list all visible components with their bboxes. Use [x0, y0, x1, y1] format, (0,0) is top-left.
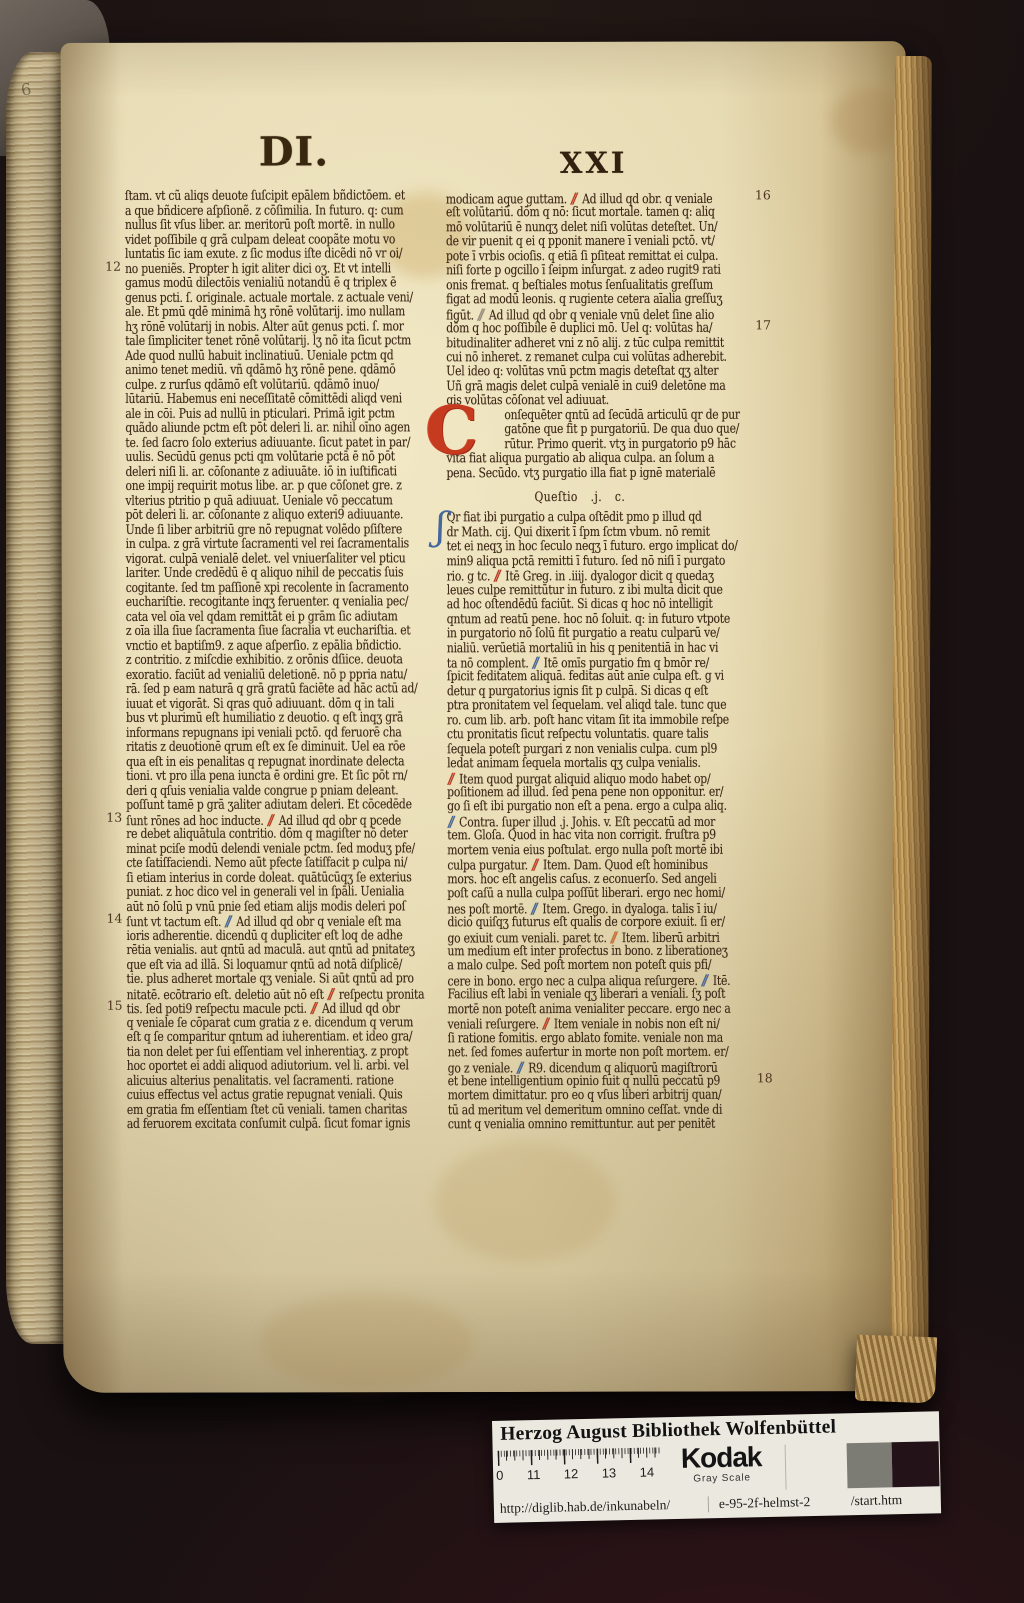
book-page: DI. XXI ſtam. vt cũ aliqs deuote ſuſcipi…	[61, 41, 909, 1393]
start-page: /start.htm	[851, 1492, 903, 1509]
text-line: z oīa illa ſiue ſacramenta ſiue ſacralia…	[126, 622, 411, 638]
gray-scale-label: Gray Scale	[693, 1472, 751, 1484]
page-heading-left: DI.	[259, 128, 329, 175]
questio-paragraph-mark: ʃ	[436, 504, 446, 548]
text-line: vitā fiat aliqua purgatio ab aliqua culp…	[446, 450, 714, 466]
text-line: ale. Et pmū qdē minimā hʒ rōnē volūtarij…	[125, 303, 405, 319]
photo-background: 6 DI. XXI ſtam. vt cũ aliqs deuote ſuſci…	[0, 0, 1024, 1603]
illuminated-initial: C	[425, 400, 478, 460]
text-line: rētia venialis. aut qntū ad maculā. aut …	[126, 941, 414, 957]
margin-number: 15	[97, 998, 123, 1013]
margin-number: 14	[96, 911, 122, 926]
left-page-edges	[6, 52, 66, 1344]
text-line: puniat. z hoc dico vel in generali vel i…	[126, 883, 404, 899]
text-line: lariter. Unde credēdū ē q aliquo nihil d…	[126, 564, 404, 580]
ruler-number: 13	[602, 1465, 617, 1480]
text-column-right: modicam aque guttam. ∕∕ Ad illud qd obr.…	[446, 189, 770, 1142]
text-line: net. ſed fomes aufertur in morte non poſ…	[448, 1044, 729, 1060]
text-line: dōm q hoc poſſibile ē duplici mō. Uel q:…	[446, 320, 712, 336]
text-line: eſt q ſe comparitur qntum ad iuherentiam…	[127, 1028, 413, 1044]
text-line: cuius effectus vel actus gratie repugnat…	[127, 1086, 403, 1102]
text-line: rā. ſed p eam naturā q grā gratū faciēte…	[126, 680, 418, 696]
text-line: lūtariū. Habemus eni neceſſitatē cōmittē…	[125, 390, 402, 406]
ruler-number: 0	[496, 1468, 504, 1483]
text-line: re debet aliquātula contritio. dōm q mag…	[126, 825, 407, 841]
text-line: hoc oportet ei addi aliquod adiutorium. …	[127, 1057, 409, 1073]
gray-patch	[847, 1442, 893, 1488]
text-line: euchariſtie. recogitante inqʒ feruenter.…	[126, 593, 409, 609]
text-line: z contritio. z miſcdie exhibitio. z orōn…	[126, 651, 403, 667]
text-line: in purgatorio nō ſolū fit purgatio a rea…	[447, 625, 720, 641]
kodak-logo: Kodak	[681, 1441, 762, 1475]
text-line: cunt q venialia omnino remittuntur. aut …	[448, 1116, 715, 1132]
kodak-reference-card: Herzog August Bibliothek Wolfenbüttel 01…	[492, 1411, 941, 1523]
text-column-left: ſtam. vt cũ aliqs deuote ſuſcipit epālem…	[125, 187, 451, 1140]
text-line: one impij requirit motus libe. ar. p que…	[125, 477, 401, 493]
text-line: Queſtio .j. c.	[447, 489, 626, 505]
text-line: gamus modū dilectōis venialiū notandū ē …	[125, 274, 396, 290]
ruler-number: 12	[564, 1466, 579, 1481]
text-line: dicio quiſqʒ futurus eſt qualis de corpo…	[447, 914, 724, 930]
ruler-number: 11	[527, 1467, 541, 1482]
page-heading-right: XXI	[560, 146, 628, 180]
text-line: animo tenet mediū. vñ qdāmō hʒ rōnē pene…	[125, 361, 395, 377]
text-line: quãdo aliunde pctm eſt pōt deleri li. ar…	[125, 419, 410, 435]
margin-number: 16	[755, 187, 779, 202]
base-url: http://diglib.hab.de/inkunabeln/	[500, 1497, 671, 1517]
margin-number: 13	[96, 809, 122, 824]
text-line: tie. plus adheret mortale qʒ veniale. Si…	[127, 970, 414, 986]
text-line: in culpa. z grā virtute ſacramenti vel r…	[126, 535, 409, 551]
library-name: Herzog August Bibliothek Wolfenbüttel	[500, 1416, 836, 1445]
margin-number: 18	[757, 1070, 781, 1085]
text-line: luntatis ſic iam exute. z ſic modus iſte…	[125, 245, 402, 261]
card-middle-row: 011121314 Kodak Gray Scale	[493, 1441, 941, 1497]
text-line: tale ſimpliciter tenet rōnē volūtarij. l…	[125, 332, 411, 348]
ruler-numbers: 011121314	[496, 1464, 654, 1482]
text-line: poſſunt tamē p grā ʒaliter adiutam deler…	[126, 796, 412, 812]
text-line: cte ſatiſfaciendi. Nemo aūt pfecte ſatiſ…	[126, 854, 407, 870]
text-line: bus vt plurimū eſt humiliatio z deuotio.…	[126, 709, 403, 725]
margin-numbers: 12131415161718	[61, 41, 906, 43]
text-line: ritatis z deuotionē qrum eſt ex ſe dimin…	[126, 738, 405, 754]
parchment-stain	[435, 1142, 615, 1262]
parchment-stain	[258, 1294, 473, 1389]
black-patch	[892, 1441, 940, 1487]
right-fore-edge	[891, 56, 932, 1400]
text-line: uulis. Secūdū genus pcti qm volūtarie pc…	[125, 448, 394, 464]
ruler-number: 14	[639, 1464, 654, 1479]
text-line: ledat animam ſequela mortalis qʒ culpa v…	[447, 755, 701, 771]
text-line: ſtam. vt cũ aliqs deuote ſuſcipit epālem…	[125, 187, 405, 203]
text-line: tioni. vt pro illa pena iuncta ē ordini …	[126, 767, 407, 783]
ruler-ticks	[498, 1447, 661, 1466]
card-divider	[785, 1445, 787, 1490]
margin-number: 12	[95, 258, 121, 273]
shelfmark: e-95-2f-helmst-2	[708, 1494, 811, 1512]
margin-number: 17	[755, 317, 779, 332]
text-line: pōt deleri li. ar. cōſonante z aliquo ex…	[126, 506, 404, 522]
page-corner-stack	[855, 1335, 937, 1404]
text-line: pena. Secūdo. vtʒ purgatio illa fiat p i…	[446, 464, 715, 480]
text-line: nullus ſit vſus liber. ar. meritorū poſt…	[125, 216, 395, 232]
text-line: ad feruorem excitata conſumit culpā. ſic…	[127, 1115, 410, 1131]
